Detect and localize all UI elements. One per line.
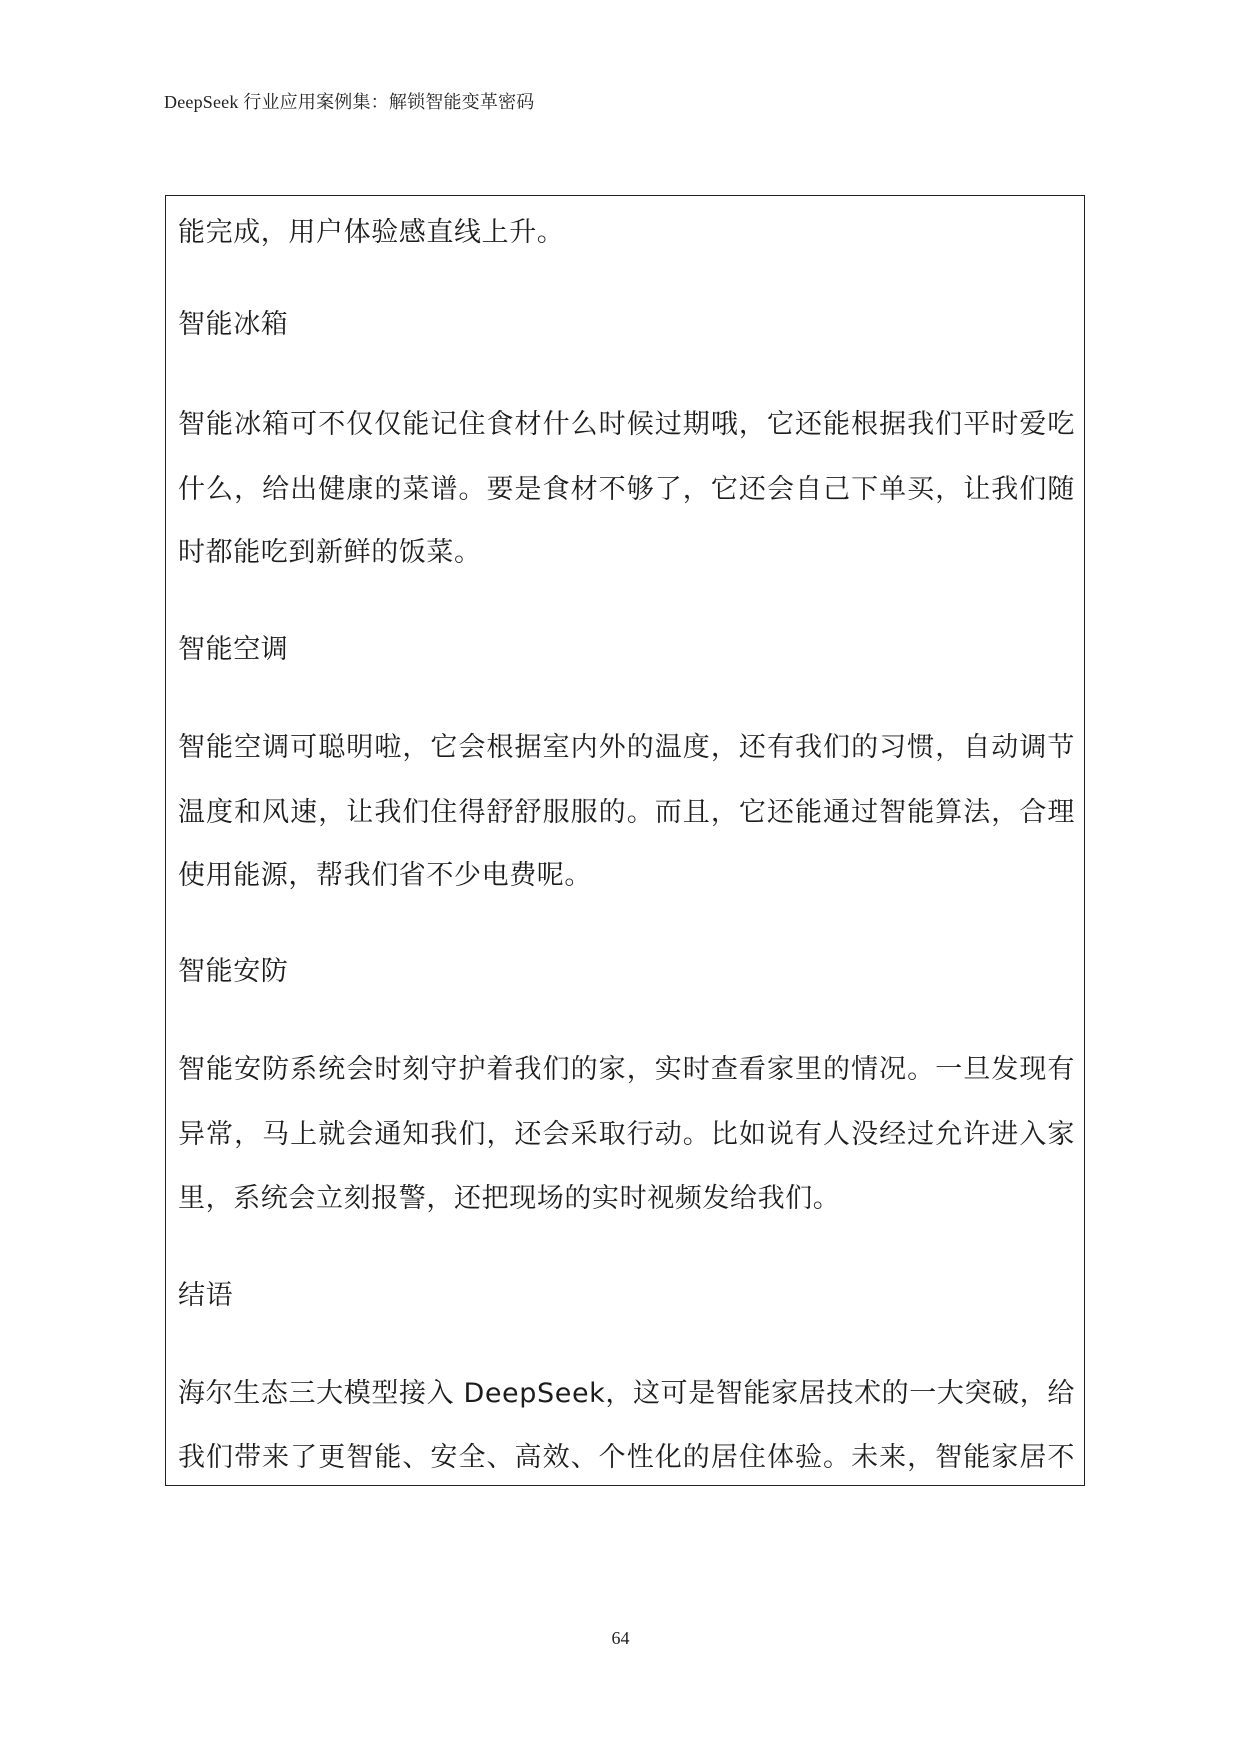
paragraph-line: 我们带来了更智能、安全、高效、个性化的居住体验。未来，智能家居不 (178, 1440, 1075, 1476)
paragraph-line: 智能空调可聪明啦，它会根据室内外的温度，还有我们的习惯，自动调节 (178, 730, 1075, 766)
paragraph-line: 温度和风速，让我们住得舒舒服服的。而且，它还能通过智能算法，合理 (178, 795, 1075, 831)
paragraph-line: 智能冰箱可不仅仅能记住食材什么时候过期哦，它还能根据我们平时爱吃 (178, 407, 1075, 443)
running-header: DeepSeek 行业应用案例集：解锁智能变革密码 (164, 88, 534, 114)
page-number: 64 (0, 1628, 1241, 1649)
paragraph-line: 什么，给出健康的菜谱。要是食材不够了，它还会自己下单买，让我们随 (178, 472, 1075, 508)
paragraph-line: 使用能源，帮我们省不少电费呢。 (178, 858, 1078, 894)
paragraph-line: 海尔生态三大模型接入 DeepSeek，这可是智能家居技术的一大突破，给 (178, 1376, 1075, 1412)
paragraph-line: 智能安防系统会时刻守护着我们的家，实时查看家里的情况。一旦发现有 (178, 1052, 1075, 1088)
section-heading-conclusion: 结语 (178, 1278, 1078, 1314)
paragraph-line: 里，系统会立刻报警，还把现场的实时视频发给我们。 (178, 1181, 1078, 1217)
section-heading-security: 智能安防 (178, 954, 1078, 990)
section-heading-aircon: 智能空调 (178, 632, 1078, 668)
section-heading-fridge: 智能冰箱 (178, 307, 1078, 343)
paragraph-line: 异常，马上就会通知我们，还会采取行动。比如说有人没经过允许进入家 (178, 1117, 1075, 1153)
paragraph-line: 时都能吃到新鲜的饭菜。 (178, 535, 1078, 571)
continued-paragraph-line: 能完成，用户体验感直线上升。 (178, 215, 1078, 251)
